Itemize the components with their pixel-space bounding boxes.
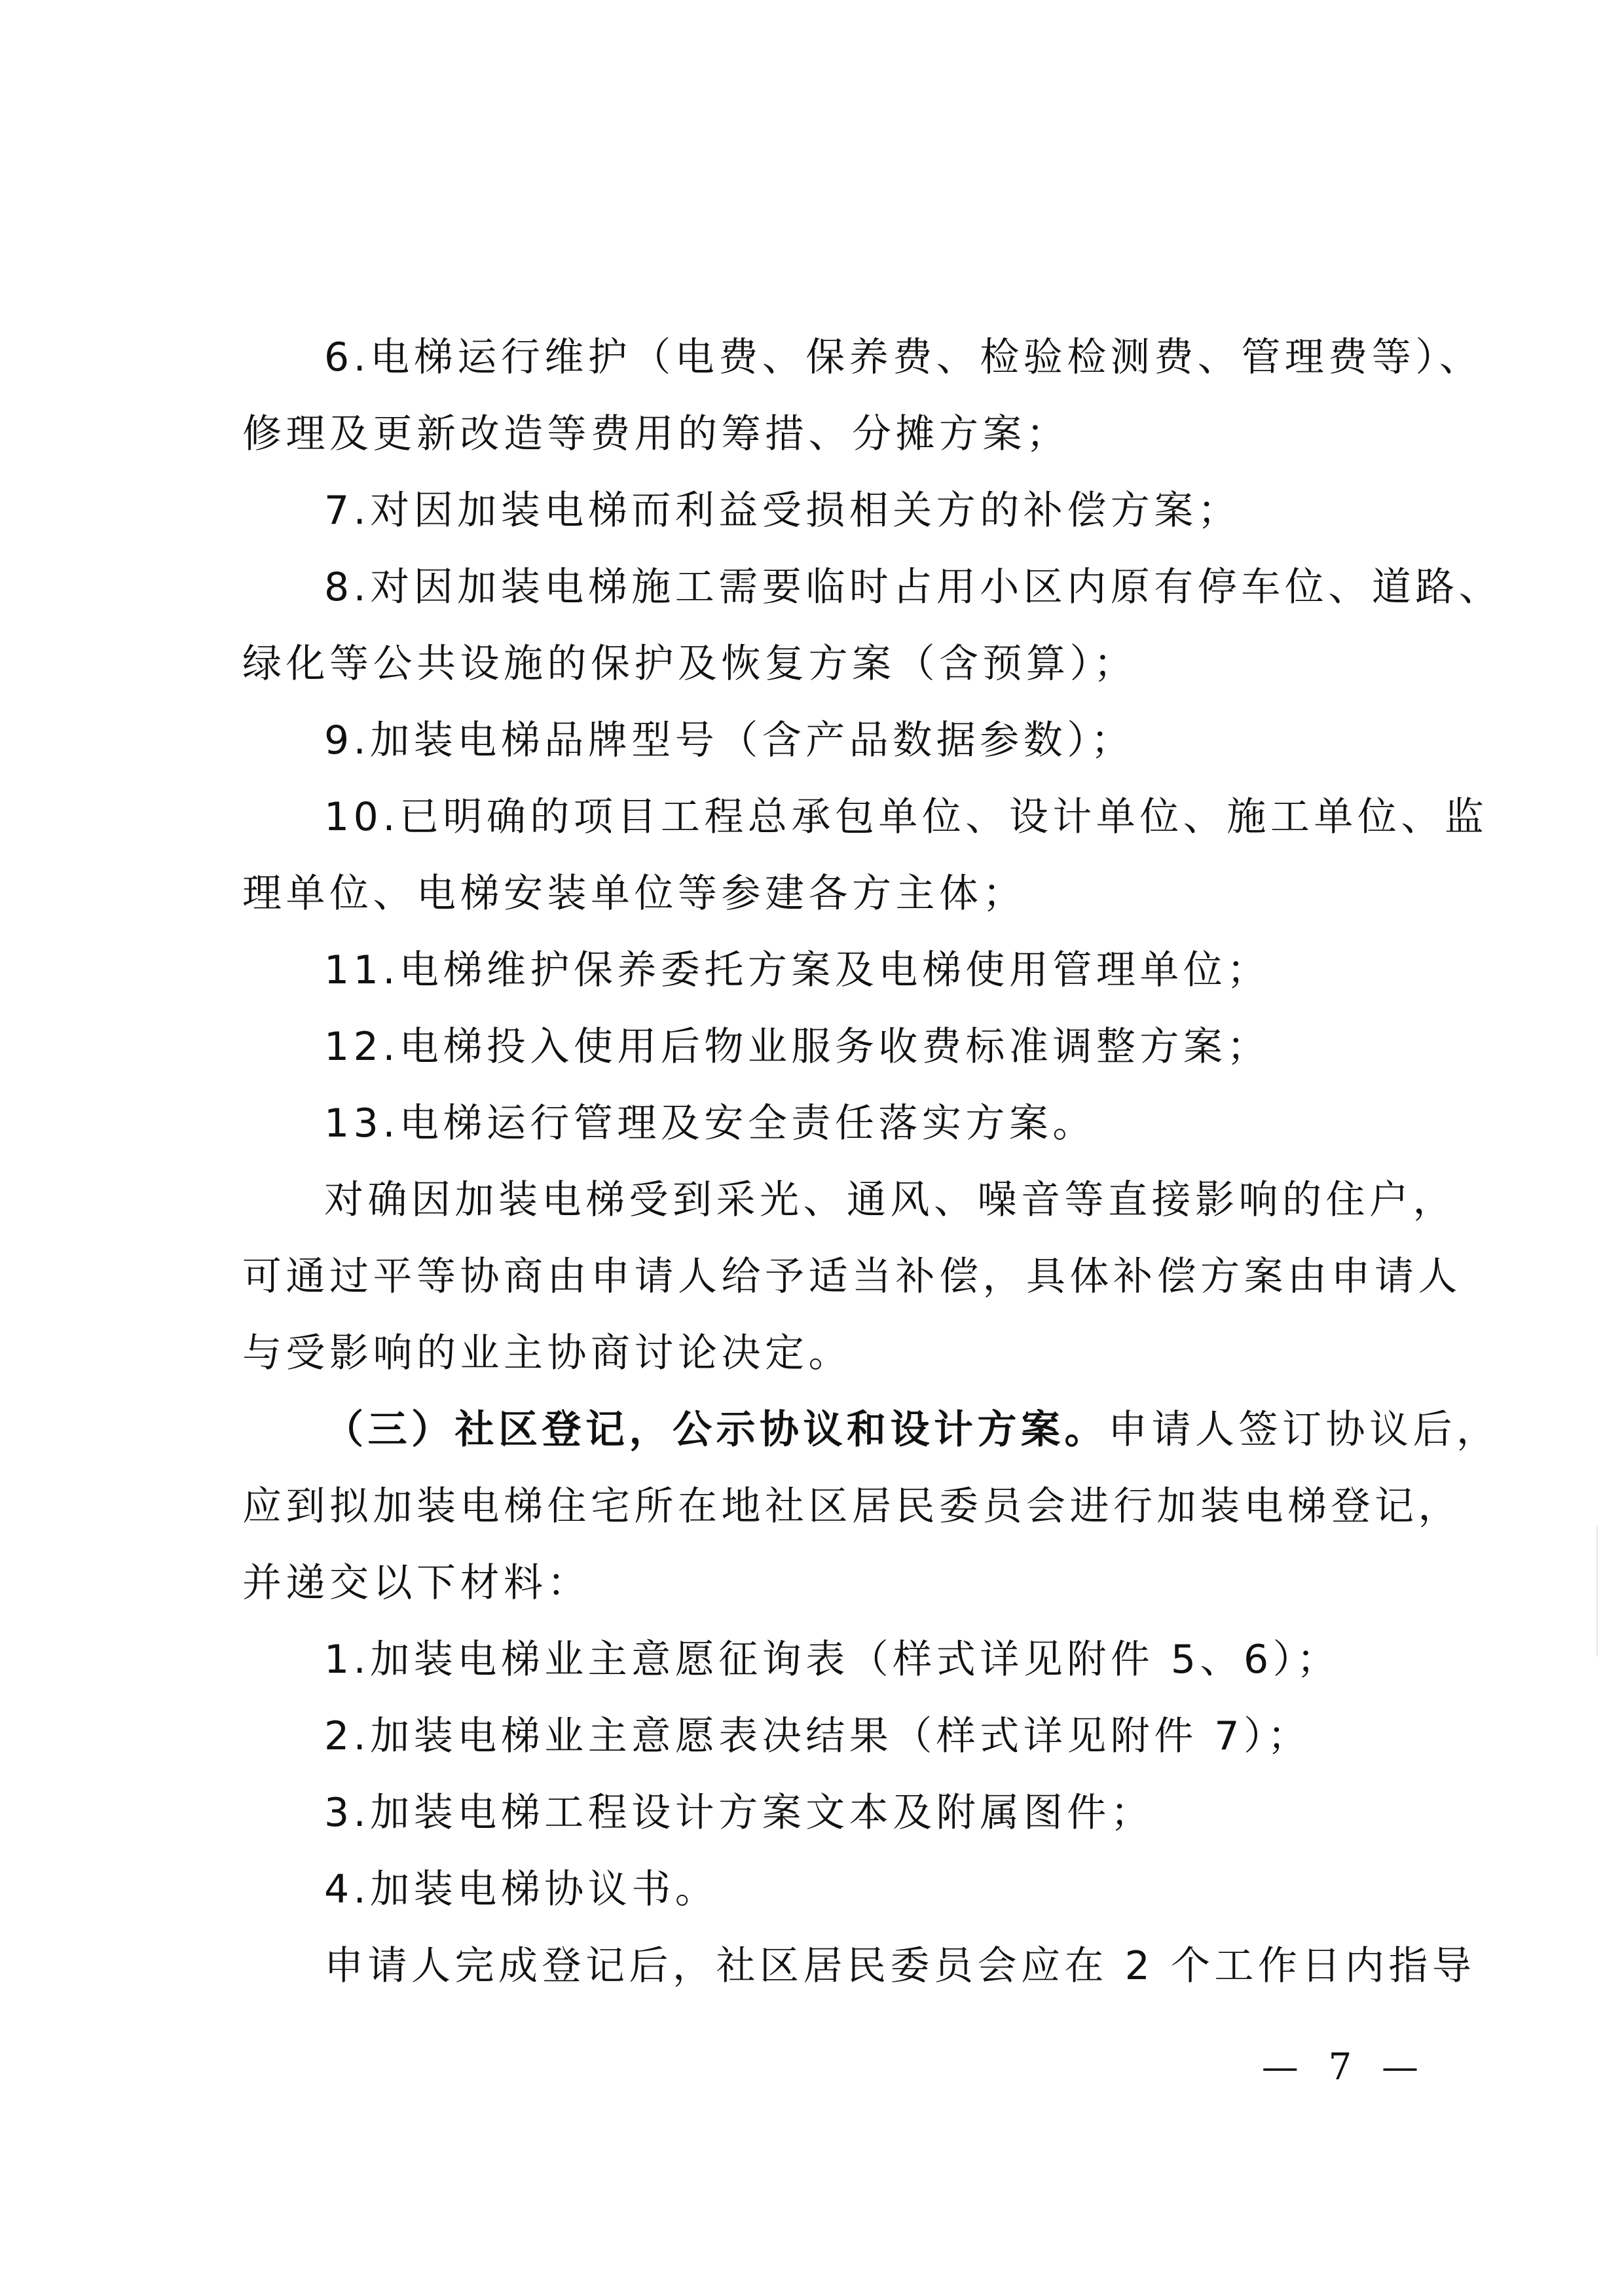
text-line: 11.电梯维护保养委托方案及电梯使用管理单位； [242, 932, 1434, 1009]
text-line: 8.对因加装电梯施工需要临时占用小区内原有停车位、道路、 [242, 549, 1434, 626]
section-heading-line: （三）社区登记，公示协议和设计方案。申请人签订协议后， [242, 1392, 1434, 1468]
text-span: 申请人签订协议后， [1108, 1407, 1500, 1453]
text-line: 1.加装电梯业主意愿征询表（样式详见附件 5、6）； [242, 1622, 1434, 1698]
text-line: 2.加装电梯业主意愿表决结果（样式详见附件 7）； [242, 1698, 1434, 1775]
text-line: 对确因加装电梯受到采光、通风、噪音等直接影响的住户， [242, 1162, 1434, 1239]
text-line: 4.加装电梯协议书。 [242, 1851, 1434, 1928]
text-line: 10.已明确的项目工程总承包单位、设计单位、施工单位、监 [242, 779, 1434, 856]
text-line: 13.电梯运行管理及安全责任落实方案。 [242, 1085, 1434, 1162]
text-line: 绿化等公共设施的保护及恢复方案（含预算）； [242, 626, 1434, 702]
document-body: 6.电梯运行维护（电费、保养费、检验检测费、管理费等）、 修理及更新改造等费用的… [242, 319, 1434, 2005]
text-line: 12.电梯投入使用后物业服务收费标准调整方案； [242, 1009, 1434, 1085]
text-line: 理单位、电梯安装单位等参建各方主体； [242, 856, 1434, 932]
text-line: 并递交以下材料： [242, 1545, 1434, 1622]
text-line: 与受影响的业主协商讨论决定。 [242, 1315, 1434, 1392]
text-line: 9.加装电梯品牌型号（含产品数据参数）； [242, 702, 1434, 779]
section-heading: （三）社区登记，公示协议和设计方案。 [324, 1407, 1108, 1453]
text-line: 申请人完成登记后，社区居民委员会应在 2 个工作日内指导 [242, 1928, 1434, 2005]
text-line: 修理及更新改造等费用的筹措、分摊方案； [242, 396, 1434, 473]
scan-margin-mark [1596, 1525, 1598, 1656]
text-line: 6.电梯运行维护（电费、保养费、检验检测费、管理费等）、 [242, 319, 1434, 396]
page-number: — 7 — [1262, 2041, 1428, 2094]
text-line: 3.加装电梯工程设计方案文本及附属图件； [242, 1775, 1434, 1851]
document-page: 6.电梯运行维护（电费、保养费、检验检测费、管理费等）、 修理及更新改造等费用的… [0, 0, 1624, 2296]
text-line: 应到拟加装电梯住宅所在地社区居民委员会进行加装电梯登记， [242, 1468, 1434, 1545]
text-line: 7.对因加装电梯而利益受损相关方的补偿方案； [242, 473, 1434, 549]
text-line: 可通过平等协商由申请人给予适当补偿，具体补偿方案由申请人 [242, 1239, 1434, 1315]
